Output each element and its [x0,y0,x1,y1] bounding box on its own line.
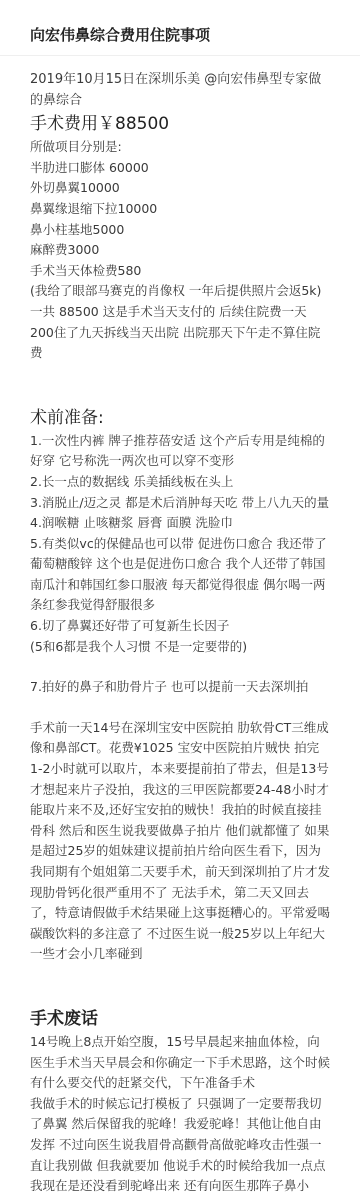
fee-item: 麻醉费3000 [30,240,330,261]
spacer [30,364,330,405]
prep-item: 5.有类似vc的保健品也可以带 促进伤口愈合 我还带了葡萄糖酸锌 这个也是促进伤… [30,534,330,616]
fee-item: 半肋进口膨体 60000 [30,158,330,179]
fee-item: 手术当天体检费580 [30,261,330,282]
prep-item: 2.长一点的数据线 乐美插线板在头上 [30,472,330,493]
fee-summary: 一共 88500 这是手术当天支付的 后续住院费一天200住了九天拆线当天出院 … [30,302,330,364]
spacer [30,657,330,677]
fee-item: 鼻小柱基地5000 [30,220,330,241]
prep-item: 4.润喉糖 止咳糖浆 唇膏 面膜 洗脸巾 [30,513,330,534]
article-title: 向宏伟鼻综合费用住院事项 [30,24,330,46]
prep-item: 7.拍好的鼻子和肋骨片子 也可以提前一天去深圳拍 [30,677,330,698]
prep-title: 术前准备: [30,405,330,431]
items-heading: 所做项目分别是: [30,137,330,158]
prep-item: 6.切了鼻翼还好带了可复新生长因子 [30,616,330,637]
prep-item: 1.一次性内裤 牌子推荐蓓安适 这个产后专用是纯棉的好穿 它号称洗一两次也可以穿… [30,431,330,472]
fee-item: 外切鼻翼10000 [30,178,330,199]
spacer [30,698,330,718]
spacer [30,965,330,1006]
prep-note: (5和6都是我个人习惯 不是一定要带的) [30,637,330,658]
prep-item: 3.消脱止/迈之灵 都是术后消肿每天吃 带上八九天的量 [30,493,330,514]
ct-note: 手术前一天14号在深圳宝安中医院拍 肋软骨CT三维成像和鼻部CT。花费¥1025… [30,718,330,965]
surgery-text: 我做手术的时候忘记打模板了 只强调了一定要帮我切了鼻翼 然后保留我的驼峰！我爱驼… [30,1094,330,1197]
surgery-price: 手术费用￥88500 [30,112,330,137]
fee-note: (我给了眼部马赛克的肖像权 一年后提供照片会返5k) [30,281,330,302]
article-header: 向宏伟鼻综合费用住院事项 [0,0,360,56]
surgery-title: 手术废话 [30,1006,330,1032]
intro-line: 2019年10月15日在深圳乐美 @向宏伟鼻型专家做的鼻综合 [30,70,330,111]
surgery-text: 14号晚上8点开始空腹，15号早晨起来抽血体检，向医生手术当天早晨会和你确定一下… [30,1032,330,1094]
article-body: 2019年10月15日在深圳乐美 @向宏伟鼻型专家做的鼻综合 手术费用￥8850… [0,56,360,1197]
fee-item: 鼻翼缘退缩下拉10000 [30,199,330,220]
